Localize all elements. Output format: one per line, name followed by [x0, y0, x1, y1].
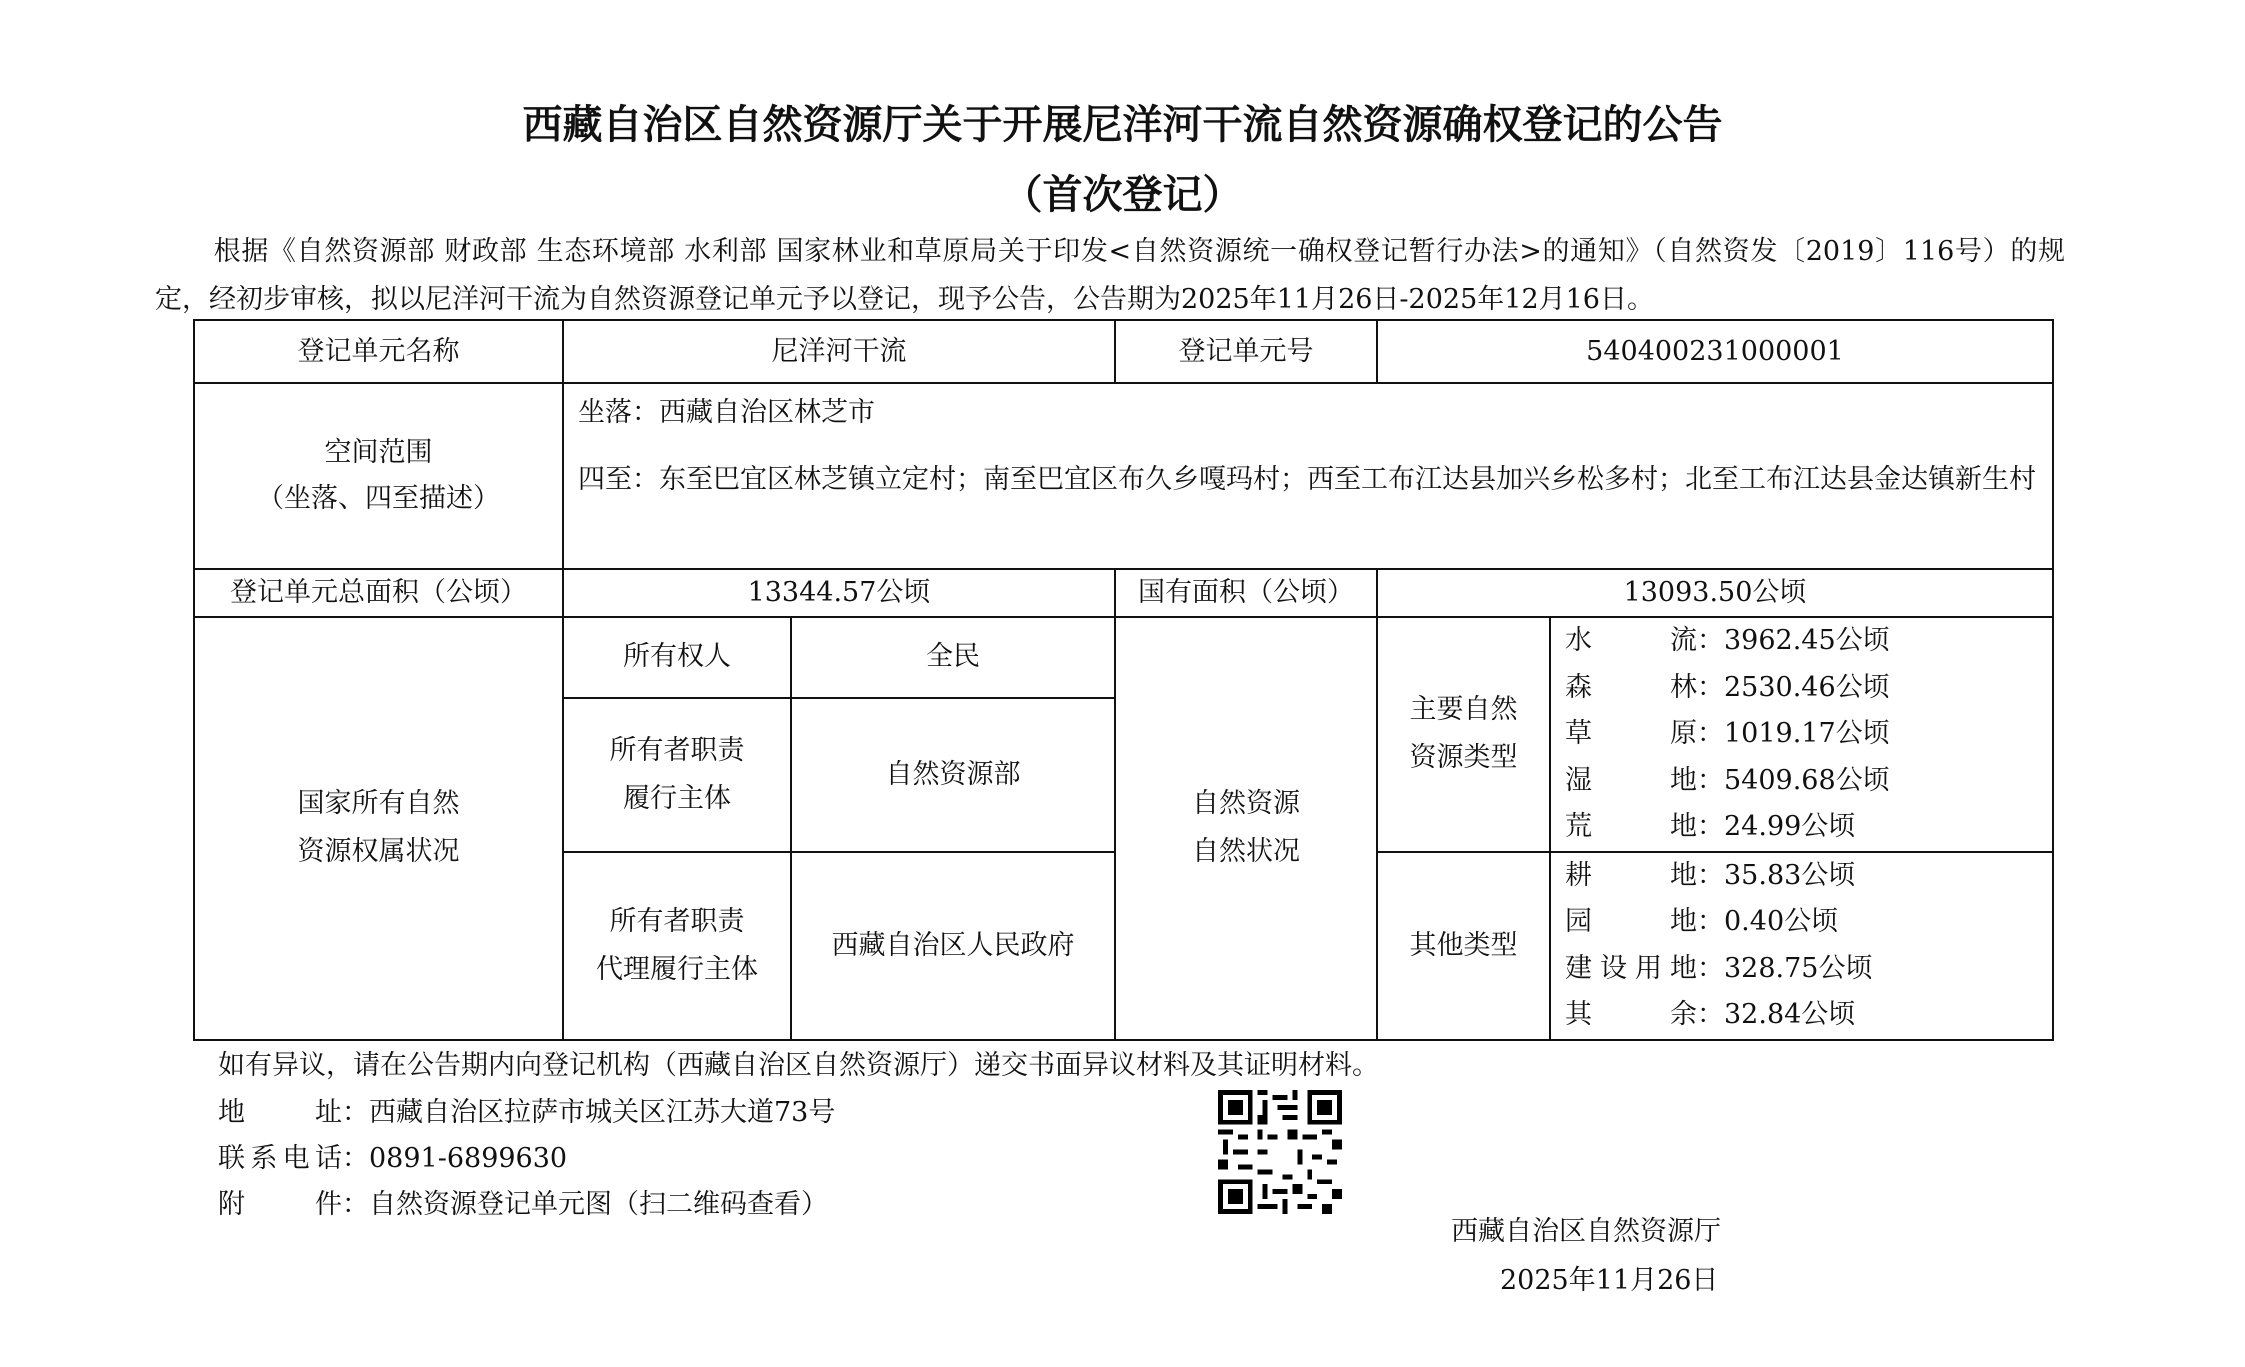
resource-name: 建设用地	[1565, 946, 1697, 992]
nature-label: 自然资源 自然状况	[1115, 617, 1377, 1040]
colon: ：	[1697, 765, 1724, 796]
resource-value: 35.83公顷	[1724, 860, 1855, 891]
list-item: 水流：3962.45公顷	[1565, 618, 2052, 665]
list-item: 草原：1019.17公顷	[1565, 711, 2052, 758]
resource-name: 湿地	[1565, 758, 1697, 804]
page-subtitle: （首次登记）	[0, 170, 2245, 220]
colon: ：	[1697, 811, 1724, 842]
unit-no-label: 登记单元号	[1115, 320, 1377, 383]
phone-line: 联系电话：0891-6899630	[218, 1136, 567, 1182]
signature-date: 2025年11月26日	[1500, 1261, 1718, 1301]
state-area-label: 国有面积（公顷）	[1115, 569, 1377, 617]
other-types-label: 其他类型	[1377, 852, 1550, 1040]
main-types-list: 水流：3962.45公顷 森林：2530.46公顷 草原：1019.17公顷 湿…	[1550, 617, 2053, 852]
owner-label: 所有权人	[563, 617, 791, 698]
colon: ：	[1697, 718, 1724, 749]
resource-value: 32.84公顷	[1724, 999, 1855, 1030]
colon: ：	[342, 1097, 369, 1128]
ownership-label-line1: 国家所有自然	[195, 780, 562, 828]
attachment-label: 附件	[218, 1182, 342, 1228]
phone-label: 联系电话	[218, 1136, 342, 1182]
phone-value: 0891-6899630	[369, 1143, 567, 1174]
colon: ：	[1697, 906, 1724, 937]
ownership-label: 国家所有自然 资源权属状况	[194, 617, 563, 1040]
agent-label-line2: 代理履行主体	[564, 946, 790, 994]
table-row: 空间范围 （坐落、四至描述） 坐落：西藏自治区林芝市 四至：东至巴宜区林芝镇立定…	[194, 383, 2053, 569]
table-row: 登记单元名称 尼洋河干流 登记单元号 540400231000001	[194, 320, 2053, 383]
main-types-label-line2: 资源类型	[1378, 734, 1549, 782]
resource-name: 园地	[1565, 899, 1697, 945]
list-item: 建设用地：328.75公顷	[1565, 946, 2052, 993]
duty-value: 自然资源部	[791, 698, 1115, 852]
total-area-label: 登记单元总面积（公顷）	[194, 569, 563, 617]
list-item: 其余：32.84公顷	[1565, 992, 2052, 1039]
total-area-value: 13344.57公顷	[563, 569, 1115, 617]
resource-name: 森林	[1565, 665, 1697, 711]
scope-label-line2: （坐落、四至描述）	[195, 476, 562, 522]
resource-value: 0.40公顷	[1724, 906, 1838, 937]
table-row: 登记单元总面积（公顷） 13344.57公顷 国有面积（公顷） 13093.50…	[194, 569, 2053, 617]
objection-note: 如有异议，请在公告期内向登记机构（西藏自治区自然资源厅）递交书面异议材料及其证明…	[218, 1043, 1379, 1089]
list-item: 园地：0.40公顷	[1565, 899, 2052, 946]
state-area-value: 13093.50公顷	[1377, 569, 2053, 617]
colon: ：	[1697, 953, 1724, 984]
owner-value: 全民	[791, 617, 1115, 698]
resource-value: 3962.45公顷	[1724, 625, 1890, 656]
attachment-value: 自然资源登记单元图（扫二维码查看）	[369, 1189, 828, 1220]
page-title: 西藏自治区自然资源厅关于开展尼洋河干流自然资源确权登记的公告	[0, 100, 2245, 150]
resource-value: 328.75公顷	[1724, 953, 1872, 984]
boundaries-text: 四至：东至巴宜区林芝镇立定村；南至巴宜区布久乡嘎玛村；西至工布江达县加兴乡松多村…	[578, 450, 2052, 510]
colon: ：	[1697, 672, 1724, 703]
resource-name: 草原	[1565, 711, 1697, 757]
resource-value: 2530.46公顷	[1724, 672, 1890, 703]
resource-name: 荒地	[1565, 804, 1697, 850]
other-types-list: 耕地：35.83公顷 园地：0.40公顷 建设用地：328.75公顷 其余：32…	[1550, 852, 2053, 1040]
address-line: 地址：西藏自治区拉萨市城关区江苏大道73号	[218, 1090, 835, 1136]
table-row: 国家所有自然 资源权属状况 所有权人 全民 自然资源 自然状况 主要自然 资源类…	[194, 617, 2053, 698]
agent-label-line1: 所有者职责	[564, 898, 790, 946]
scope-label: 空间范围 （坐落、四至描述）	[194, 383, 563, 569]
intro-paragraph: 根据《自然资源部 财政部 生态环境部 水利部 国家林业和草原局关于印发<自然资源…	[155, 228, 2065, 324]
nature-label-line1: 自然资源	[1116, 780, 1376, 828]
resource-name: 耕地	[1565, 853, 1697, 899]
agent-value: 西藏自治区人民政府	[791, 852, 1115, 1040]
colon: ：	[1697, 860, 1724, 891]
duty-label-line2: 履行主体	[564, 775, 790, 823]
agent-label: 所有者职责 代理履行主体	[563, 852, 791, 1040]
duty-label: 所有者职责 履行主体	[563, 698, 791, 852]
list-item: 耕地：35.83公顷	[1565, 853, 2052, 900]
ownership-label-line2: 资源权属状况	[195, 828, 562, 876]
resource-value: 1019.17公顷	[1724, 718, 1890, 749]
nature-label-line2: 自然状况	[1116, 828, 1376, 876]
list-item: 湿地：5409.68公顷	[1565, 758, 2052, 805]
unit-no-value: 540400231000001	[1377, 320, 2053, 383]
attachment-line: 附件：自然资源登记单元图（扫二维码查看）	[218, 1182, 828, 1228]
resource-value: 24.99公顷	[1724, 811, 1855, 842]
qr-code-icon[interactable]	[1218, 1090, 1342, 1214]
resource-name: 水流	[1565, 618, 1697, 664]
main-types-label: 主要自然 资源类型	[1377, 617, 1550, 852]
resource-value: 5409.68公顷	[1724, 765, 1890, 796]
scope-description: 坐落：西藏自治区林芝市 四至：东至巴宜区林芝镇立定村；南至巴宜区布久乡嘎玛村；西…	[563, 383, 2053, 569]
colon: ：	[1697, 625, 1724, 656]
resource-name: 其余	[1565, 992, 1697, 1038]
registration-table: 登记单元名称 尼洋河干流 登记单元号 540400231000001 空间范围 …	[193, 319, 2054, 1041]
colon: ：	[342, 1189, 369, 1220]
location-text: 坐落：西藏自治区林芝市	[578, 390, 2052, 436]
colon: ：	[342, 1143, 369, 1174]
duty-label-line1: 所有者职责	[564, 727, 790, 775]
unit-name-label: 登记单元名称	[194, 320, 563, 383]
signature-org: 西藏自治区自然资源厅	[1451, 1212, 1721, 1252]
intro-text: 根据《自然资源部 财政部 生态环境部 水利部 国家林业和草原局关于印发<自然资源…	[155, 236, 2065, 315]
main-types-label-line1: 主要自然	[1378, 686, 1549, 734]
scope-label-line1: 空间范围	[195, 430, 562, 476]
address-value: 西藏自治区拉萨市城关区江苏大道73号	[369, 1097, 835, 1128]
unit-name-value: 尼洋河干流	[563, 320, 1115, 383]
colon: ：	[1697, 999, 1724, 1030]
list-item: 森林：2530.46公顷	[1565, 665, 2052, 712]
address-label: 地址	[218, 1090, 342, 1136]
list-item: 荒地：24.99公顷	[1565, 804, 2052, 851]
